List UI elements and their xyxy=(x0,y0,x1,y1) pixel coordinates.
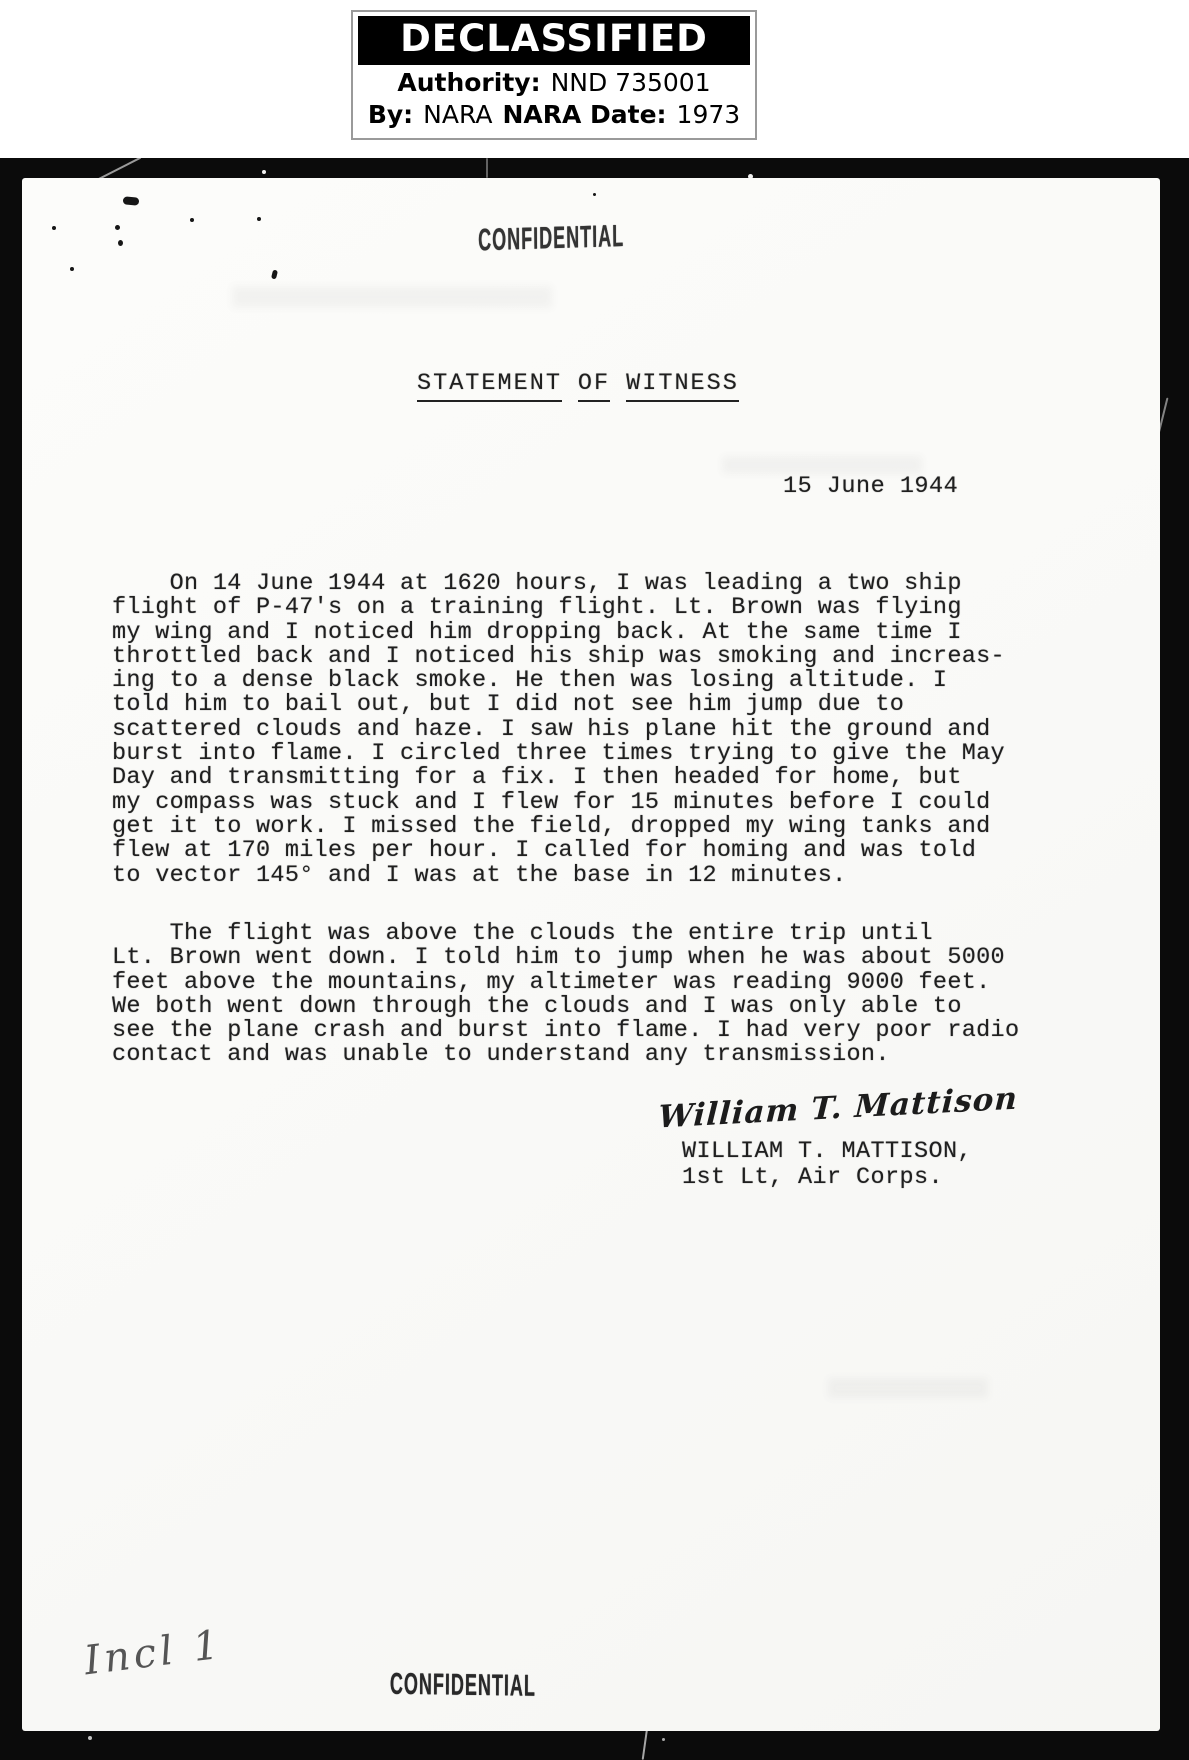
scratch-mark xyxy=(486,158,488,178)
bleed-through-mark xyxy=(232,286,552,308)
signature-typed-rank: 1st Lt, Air Corps. xyxy=(682,1164,943,1191)
declassified-banner-label: DECLASSIFIED xyxy=(400,17,708,60)
document-page: CONFIDENTIAL STATEMENTOFWITNESS 15 June … xyxy=(22,178,1160,1731)
signature-typed-name: WILLIAM T. MATTISON, xyxy=(682,1138,972,1165)
paper-speck xyxy=(52,226,56,230)
witness-paragraph-1: On 14 June 1944 at 1620 hours, I was lea… xyxy=(112,572,1072,888)
enclosure-note-handwritten: Incl 1 xyxy=(82,1622,225,1685)
paper-speck xyxy=(593,193,596,196)
nara-date-value: 1973 xyxy=(677,100,741,129)
paper-speck xyxy=(271,270,278,280)
bleed-through-mark xyxy=(828,1378,988,1398)
by-label: By: xyxy=(368,100,413,129)
title-word: STATEMENT xyxy=(417,370,562,402)
declassified-stamp-box: DECLASSIFIED Authority:NND 735001 By:NAR… xyxy=(351,10,757,140)
paper-speck xyxy=(190,218,194,222)
ink-smudge xyxy=(123,196,140,205)
by-value: NARA xyxy=(423,100,492,129)
confidential-stamp-top: CONFIDENTIAL xyxy=(478,218,624,258)
bleed-through-mark xyxy=(722,456,922,474)
document-title: STATEMENTOFWITNESS xyxy=(417,370,739,397)
paper-speck xyxy=(257,217,261,221)
paper-speck xyxy=(70,267,74,271)
dust-speck xyxy=(262,170,266,174)
paper-speck xyxy=(115,225,120,230)
authority-value: NND 735001 xyxy=(551,68,711,97)
declassified-banner: DECLASSIFIED xyxy=(358,16,750,65)
nara-date-label: NARA Date: xyxy=(502,100,666,129)
title-word: OF xyxy=(578,370,610,402)
scan-top-margin: DECLASSIFIED Authority:NND 735001 By:NAR… xyxy=(0,0,1189,158)
paper-speck xyxy=(118,240,123,246)
witness-paragraph-2: The flight was above the clouds the enti… xyxy=(112,922,1072,1068)
dust-speck xyxy=(88,1736,92,1740)
scan-background: CONFIDENTIAL STATEMENTOFWITNESS 15 June … xyxy=(0,158,1189,1760)
title-word: WITNESS xyxy=(626,370,739,402)
authority-line: Authority:NND 735001 xyxy=(358,68,750,97)
confidential-stamp-bottom: CONFIDENTIAL xyxy=(390,1666,536,1703)
dust-speck xyxy=(662,1738,665,1741)
authority-label: Authority: xyxy=(397,68,540,97)
signature-handwritten: William T. Mattison xyxy=(657,1080,1019,1135)
by-line: By:NARANARA Date:1973 xyxy=(358,100,750,129)
document-date: 15 June 1944 xyxy=(783,473,958,500)
